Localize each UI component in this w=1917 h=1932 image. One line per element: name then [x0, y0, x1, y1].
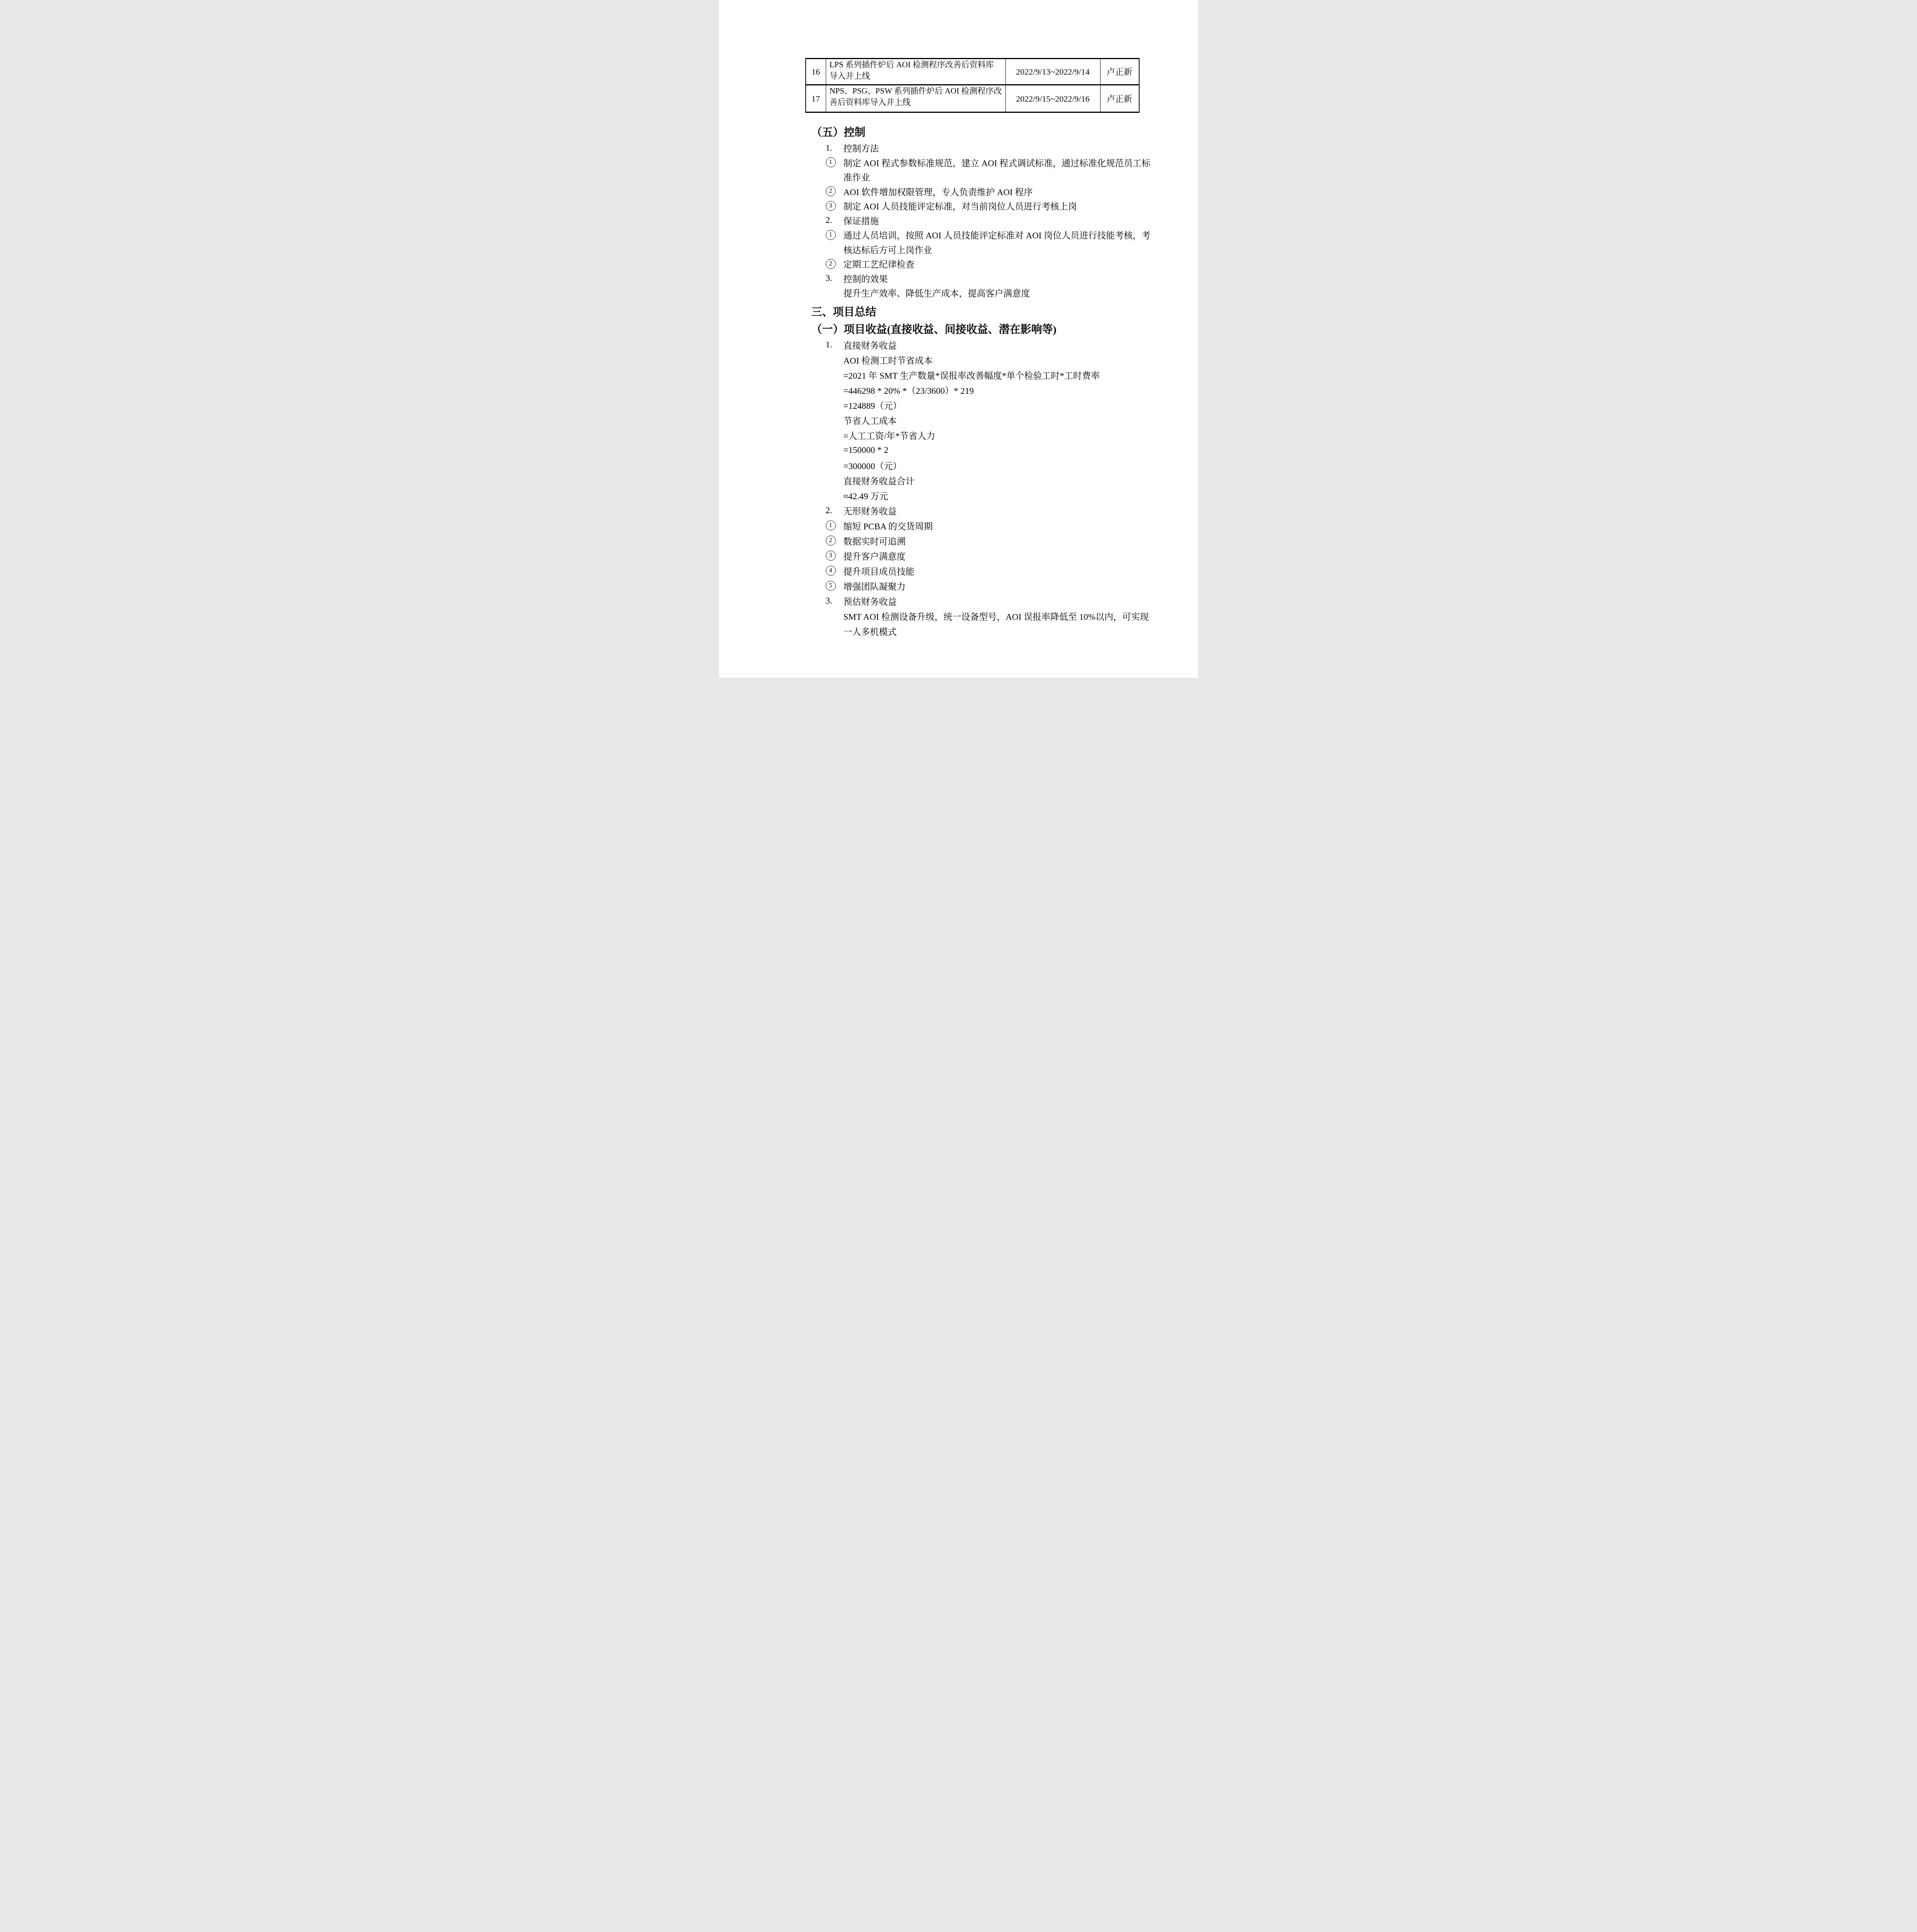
date-cell: 2022/9/13~2022/9/14 — [1006, 59, 1101, 85]
continuation-line: 一人多机模式 — [806, 624, 1154, 639]
paragraph-line: 直接财务收益合计 — [806, 473, 1154, 488]
list-text: 预估财务收益 — [844, 595, 897, 607]
formula-text: ≈42.49 万元 — [844, 489, 888, 502]
list-item: 1. 控制方法 — [806, 141, 1154, 155]
list-text: 制定 AOI 程式参数标准规范，建立 AOI 程式调试标准，通过标准化规范员工标 — [844, 156, 1151, 169]
date-cell: 2022/9/15~2022/9/16 — [1006, 85, 1101, 112]
continuation-line: 核达标后方可上岗作业 — [806, 242, 1154, 257]
list-text: 缩短 PCBA 的交货周期 — [844, 519, 933, 532]
list-text: 制定 AOI 人员技能评定标准，对当前岗位人员进行考核上岗 — [844, 199, 1077, 212]
formula-line: =124889（元） — [806, 398, 1154, 413]
list-number: 3. — [826, 596, 844, 606]
task-cell: NPS、PSG、PSW 系列插件炉后 AOI 检测程序改 善后资料库导入并上线 — [826, 85, 1006, 112]
list-item: 1 缩短 PCBA 的交货周期 — [806, 518, 1154, 533]
circled-number-icon: 1 — [826, 157, 836, 167]
list-item: 2 定期工艺纪律检查 — [806, 257, 1154, 271]
formula-text: =124889（元） — [844, 399, 902, 412]
continuation-line: 提升生产效率、降低生产成本，提高客户满意度 — [806, 286, 1154, 300]
formula-line: =150000 * 2 — [806, 443, 1154, 458]
circled-number-icon: 2 — [826, 536, 836, 546]
list-text: 控制方法 — [844, 141, 879, 154]
benefit-section: 1. 直接财务收益 AOI 检测工时节省成本 =2021 年 SMT 生产数量*… — [806, 337, 1154, 639]
owner-cell: 卢正新 — [1101, 85, 1139, 112]
list-item: 1 通过人员培训，按照 AOI 人员技能评定标准对 AOI 岗位人员进行技能考核… — [806, 228, 1154, 242]
circled-number-icon: 4 — [826, 566, 836, 576]
date-range: 2022/9/15~2022/9/16 — [1016, 93, 1089, 104]
list-text: 提升客户满意度 — [844, 549, 906, 562]
paragraph-text: 直接财务收益合计 — [844, 474, 915, 487]
formula-line: =2021 年 SMT 生产数量*误报率改善幅度*单个检验工时*工时费率 — [806, 367, 1154, 383]
circled-number-icon: 1 — [826, 230, 836, 240]
list-item: 3. 预估财务收益 — [806, 594, 1154, 609]
date-range: 2022/9/13~2022/9/14 — [1016, 66, 1089, 77]
formula-line: =446298 * 20% *（23/3600）* 219 — [806, 383, 1154, 398]
list-item: 5 增强团队凝聚力 — [806, 578, 1154, 594]
section-heading-benefit: （一）项目收益(直接收益、间接收益、潜在影响等) — [811, 320, 1154, 337]
paragraph-text: 提升生产效率、降低生产成本，提高客户满意度 — [844, 286, 1030, 299]
schedule-table: 16 LPS 系列插件炉后 AOI 检测程序改善后资料库 导入并上线 2022/… — [805, 58, 1140, 113]
continuation-line: 准作业 — [806, 170, 1154, 184]
list-item: 3. 控制的效果 — [806, 271, 1154, 286]
paragraph-text: 准作业 — [844, 170, 870, 183]
section-heading-summary: 三、项目总结 — [811, 303, 1154, 320]
task-text-line1: LPS 系列插件炉后 AOI 检测程序改善后资料库 — [830, 59, 994, 70]
task-text-line2: 导入并上线 — [830, 70, 870, 82]
row-number-cell: 17 — [806, 85, 826, 112]
task-cell: LPS 系列插件炉后 AOI 检测程序改善后资料库 导入并上线 — [826, 59, 1006, 85]
list-number: 3. — [826, 273, 844, 283]
list-item: 4 提升项目成员技能 — [806, 563, 1154, 578]
formula-line: =300000（元） — [806, 458, 1154, 473]
list-item: 1. 直接财务收益 — [806, 337, 1154, 352]
circled-number-icon: 2 — [826, 259, 836, 269]
owner-cell: 卢正新 — [1101, 59, 1139, 85]
list-item: 2. 无形财务收益 — [806, 503, 1154, 518]
row-number-cell: 16 — [806, 59, 826, 85]
circled-number-icon: 2 — [826, 186, 836, 196]
formula-text: =446298 * 20% *（23/3600）* 219 — [844, 384, 974, 396]
formula-text: =2021 年 SMT 生产数量*误报率改善幅度*单个检验工时*工时费率 — [844, 369, 1100, 381]
circled-number-icon: 3 — [826, 201, 836, 211]
paragraph-text: AOI 检测工时节省成本 — [844, 354, 933, 366]
owner-name: 卢正新 — [1107, 66, 1132, 77]
list-text: 数据实时可追溯 — [844, 534, 906, 547]
list-number: 1. — [826, 340, 844, 350]
circled-number-icon: 1 — [826, 520, 836, 531]
formula-line: =人工工资/年*节省人力 — [806, 428, 1154, 443]
list-text: 保证措施 — [844, 214, 879, 227]
paragraph-text: 核达标后方可上岗作业 — [844, 243, 932, 256]
list-item: 2 数据实时可追溯 — [806, 533, 1154, 548]
row-number: 17 — [811, 93, 820, 104]
list-text: 定期工艺纪律检查 — [844, 257, 915, 270]
circled-number-icon: 5 — [826, 581, 836, 591]
list-text: AOI 软件增加权限管理，专人负责维护 AOI 程序 — [844, 185, 1033, 198]
paragraph-line: AOI 检测工时节省成本 — [806, 352, 1154, 367]
formula-text: =人工工资/年*节省人力 — [844, 429, 936, 442]
circled-number-icon: 3 — [826, 551, 836, 561]
formula-line: ≈42.49 万元 — [806, 488, 1154, 503]
list-number: 2. — [826, 505, 844, 515]
paragraph-line: 节省人工成本 — [806, 413, 1154, 428]
paragraph-text: 一人多机模式 — [844, 625, 897, 638]
formula-text: =150000 * 2 — [844, 445, 888, 455]
list-number: 1. — [826, 143, 844, 153]
task-text-line2: 善后资料库导入并上线 — [830, 97, 911, 108]
task-text-line1: NPS、PSG、PSW 系列插件炉后 AOI 检测程序改 — [830, 85, 1002, 97]
document-body: （五）控制 1. 控制方法 1 制定 AOI 程式参数标准规范，建立 AOI 程… — [806, 123, 1154, 639]
list-item: 3 制定 AOI 人员技能评定标准，对当前岗位人员进行考核上岗 — [806, 199, 1154, 213]
list-text: 无形财务收益 — [844, 504, 897, 517]
list-item: 2. 保证措施 — [806, 213, 1154, 228]
row-number: 16 — [811, 66, 820, 77]
list-number: 2. — [826, 215, 844, 225]
paragraph-text: SMT AOI 检测设备升级，统一设备型号，AOI 误报率降低至 10%以内，可… — [844, 610, 1149, 622]
list-text: 提升项目成员技能 — [844, 565, 915, 577]
owner-name: 卢正新 — [1107, 93, 1132, 104]
list-text: 直接财务收益 — [844, 338, 897, 351]
paragraph-line: SMT AOI 检测设备升级，统一设备型号，AOI 误报率降低至 10%以内，可… — [806, 609, 1154, 624]
paragraph-text: 节省人工成本 — [844, 414, 897, 427]
list-text: 通过人员培训，按照 AOI 人员技能评定标准对 AOI 岗位人员进行技能考核，考 — [844, 228, 1151, 241]
formula-text: =300000（元） — [844, 459, 902, 472]
document-page: 16 LPS 系列插件炉后 AOI 检测程序改善后资料库 导入并上线 2022/… — [719, 0, 1198, 678]
list-item: 2 AOI 软件增加权限管理，专人负责维护 AOI 程序 — [806, 184, 1154, 199]
list-item: 1 制定 AOI 程式参数标准规范，建立 AOI 程式调试标准，通过标准化规范员… — [806, 155, 1154, 170]
list-text: 增强团队凝聚力 — [844, 580, 906, 592]
section-heading-control: （五）控制 — [811, 123, 1154, 141]
list-item: 3 提升客户满意度 — [806, 548, 1154, 563]
list-text: 控制的效果 — [844, 272, 888, 285]
